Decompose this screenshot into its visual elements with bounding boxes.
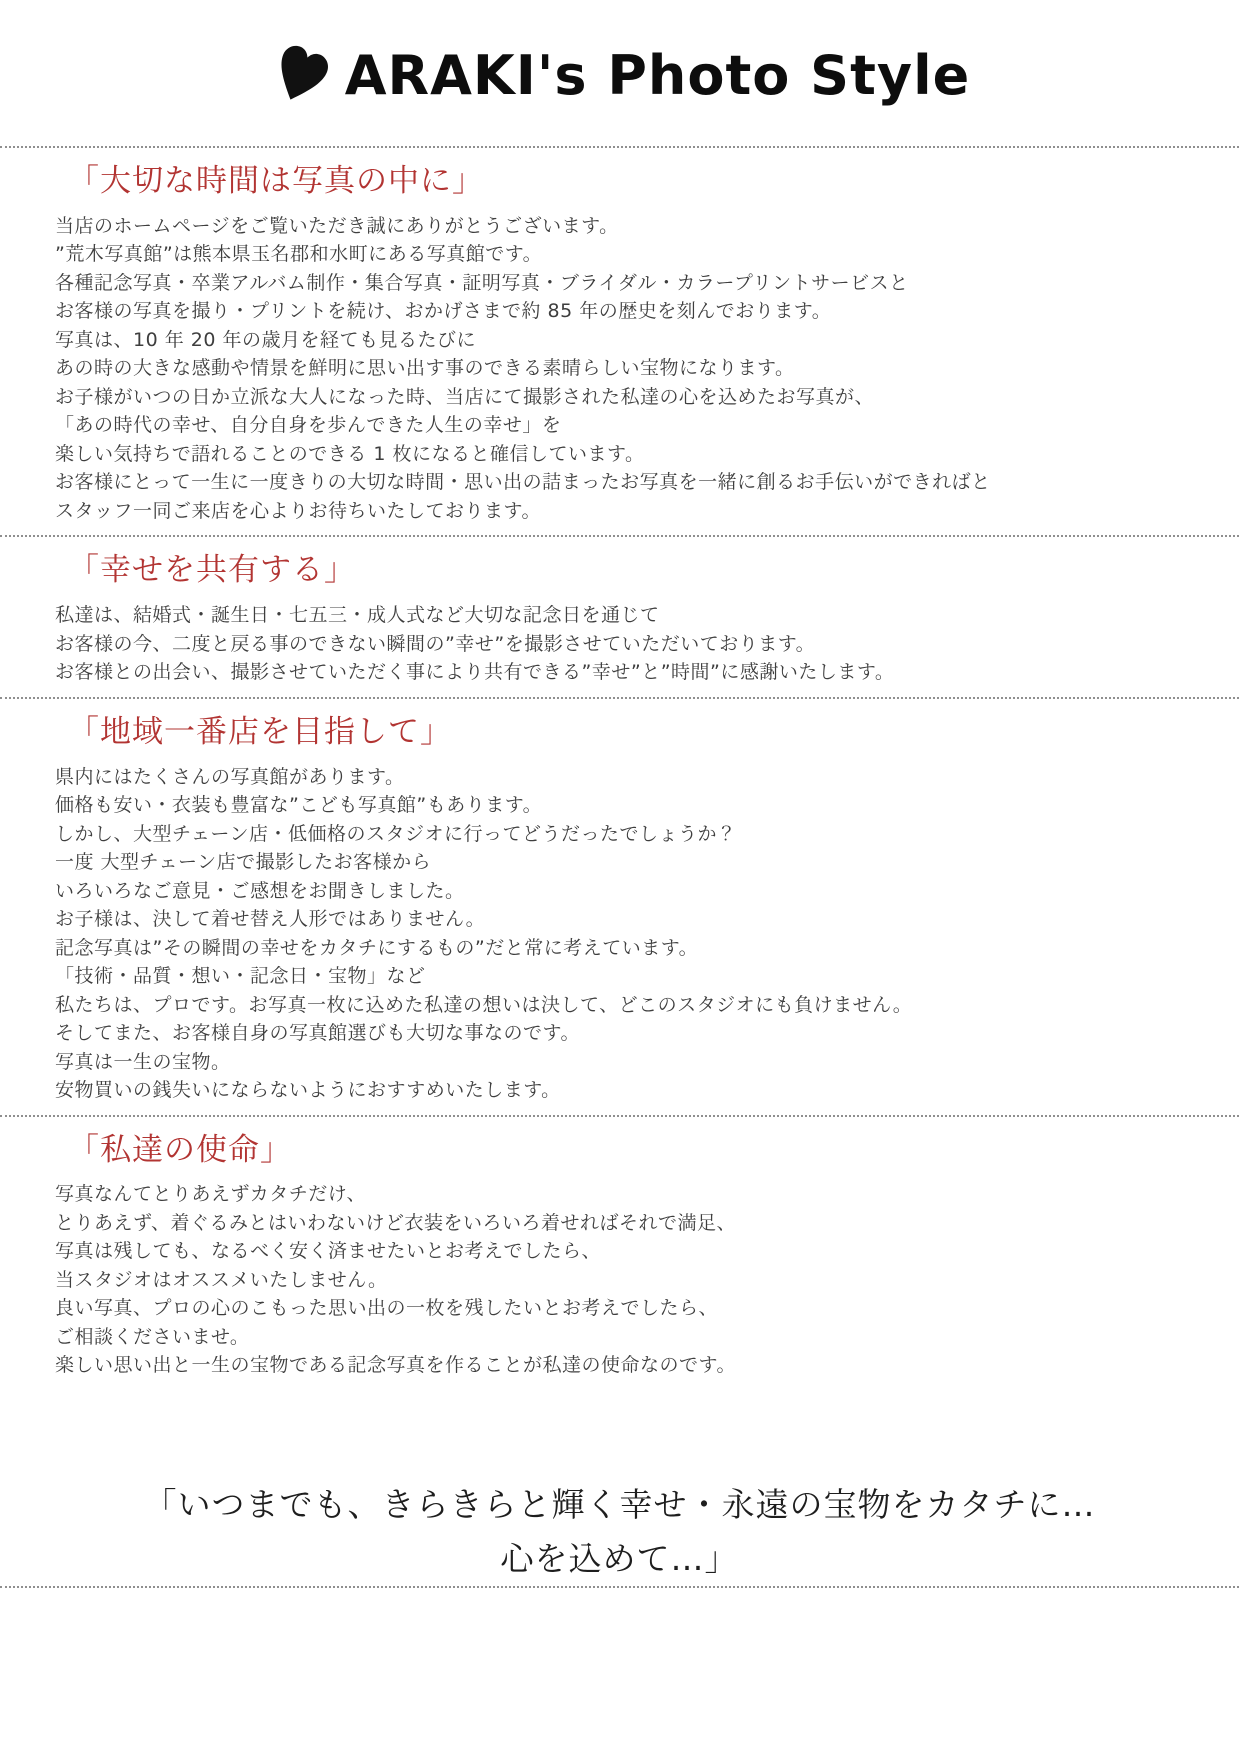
body-line: ”荒木写真館”は熊本県玉名郡和水町にある写真館です。 — [55, 240, 1209, 269]
body-line: お子様がいつの日か立派な大人になった時、当店にて撮影された私達の心を込めたお写真… — [55, 383, 1209, 412]
body-line: 写真は、10 年 20 年の歳月を経ても見るたびに — [55, 326, 1209, 355]
section-best-local-studio: 「地域一番店を目指して」 県内にはたくさんの写真館があります。価格も安い・衣装も… — [0, 699, 1239, 1115]
section-body: 県内にはたくさんの写真館があります。価格も安い・衣装も豊富な”こども写真館”もあ… — [55, 763, 1209, 1105]
section-share-happiness: 「幸せを共有する」 私達は、結婚式・誕生日・七五三・成人式など大切な記念日を通じ… — [0, 537, 1239, 696]
body-line: 写真は一生の宝物。 — [55, 1048, 1209, 1077]
page-title: ARAKI's Photo Style — [345, 46, 970, 105]
section-precious-time: 「大切な時間は写真の中に」 当店のホームページをご覧いただき誠にありがとうござい… — [0, 148, 1239, 535]
section-heading: 「大切な時間は写真の中に」 — [68, 161, 1209, 203]
body-line: 各種記念写真・卒業アルバム制作・集合写真・証明写真・ブライダル・カラープリントサ… — [55, 269, 1209, 298]
body-line: 楽しい思い出と一生の宝物である記念写真を作ることが私達の使命なのです。 — [55, 1351, 1209, 1380]
body-line: 当店のホームページをご覧いただき誠にありがとうございます。 — [55, 212, 1209, 241]
body-line: お客様にとって一生に一度きりの大切な時間・思い出の詰まったお写真を一緒に創るお手… — [55, 468, 1209, 497]
body-line: 「技術・品質・想い・記念日・宝物」など — [55, 962, 1209, 991]
body-line: お客様との出会い、撮影させていただく事により共有できる”幸せ”と”時間”に感謝い… — [55, 658, 1209, 687]
body-line: いろいろなご意見・ご感想をお聞きしました。 — [55, 877, 1209, 906]
closing-message: 「いつまでも、きらきらと輝く幸せ・永遠の宝物をカタチに… 心を込めて…」 — [0, 1478, 1239, 1586]
closing-line-2: 心を込めて…」 — [0, 1532, 1239, 1586]
body-line: 一度 大型チェーン店で撮影したお客様から — [55, 848, 1209, 877]
section-heading: 「私達の使命」 — [68, 1130, 1209, 1172]
body-line: 記念写真は”その瞬間の幸せをカタチにするもの”だと常に考えています。 — [55, 934, 1209, 963]
section-body: 写真なんてとりあえずカタチだけ、とりあえず、着ぐるみとはいわないけど衣装をいろい… — [55, 1180, 1209, 1380]
section-body: 私達は、結婚式・誕生日・七五三・成人式など大切な記念日を通じてお客様の今、二度と… — [55, 601, 1209, 687]
body-line: 県内にはたくさんの写真館があります。 — [55, 763, 1209, 792]
body-line: とりあえず、着ぐるみとはいわないけど衣装をいろいろ着せればそれで満足、 — [55, 1209, 1209, 1238]
body-line: ご相談くださいませ。 — [55, 1323, 1209, 1352]
body-line: 楽しい気持ちで語れることのできる 1 枚になると確信しています。 — [55, 440, 1209, 469]
page: ARAKI's Photo Style 「大切な時間は写真の中に」 当店のホーム… — [0, 0, 1239, 1754]
body-line: そしてまた、お客様自身の写真館選びも大切な事なのです。 — [55, 1019, 1209, 1048]
body-line: お子様は、決して着せ替え人形ではありません。 — [55, 905, 1209, 934]
body-line: しかし、大型チェーン店・低価格のスタジオに行ってどうだったでしょうか？ — [55, 820, 1209, 849]
body-line: 写真は残しても、なるべく安く済ませたいとお考えでしたら、 — [55, 1237, 1209, 1266]
body-line: 当スタジオはオススメいたしません。 — [55, 1266, 1209, 1295]
heart-icon — [269, 38, 331, 114]
body-line: 「あの時代の幸せ、自分自身を歩んできた人生の幸せ」を — [55, 411, 1209, 440]
body-line: お客様の写真を撮り・プリントを続け、おかげさまで約 85 年の歴史を刻んでおりま… — [55, 297, 1209, 326]
body-line: スタッフ一同ご来店を心よりお待ちいたしております。 — [55, 497, 1209, 526]
section-heading: 「幸せを共有する」 — [68, 550, 1209, 592]
body-line: 私たちは、プロです。お写真一枚に込めた私達の想いは決して、どこのスタジオにも負け… — [55, 991, 1209, 1020]
section-heading: 「地域一番店を目指して」 — [68, 712, 1209, 754]
page-header: ARAKI's Photo Style — [0, 0, 1239, 114]
body-line: 私達は、結婚式・誕生日・七五三・成人式など大切な記念日を通じて — [55, 601, 1209, 630]
body-line: 良い写真、プロの心のこもった思い出の一枚を残したいとお考えでしたら、 — [55, 1294, 1209, 1323]
section-our-mission: 「私達の使命」 写真なんてとりあえずカタチだけ、とりあえず、着ぐるみとはいわない… — [0, 1117, 1239, 1390]
body-line: 写真なんてとりあえずカタチだけ、 — [55, 1180, 1209, 1209]
body-line: お客様の今、二度と戻る事のできない瞬間の”幸せ”を撮影させていただいております。 — [55, 630, 1209, 659]
section-body: 当店のホームページをご覧いただき誠にありがとうございます。”荒木写真館”は熊本県… — [55, 212, 1209, 526]
closing-line-1: 「いつまでも、きらきらと輝く幸せ・永遠の宝物をカタチに… — [0, 1478, 1239, 1532]
divider-bottom — [0, 1586, 1239, 1588]
body-line: あの時の大きな感動や情景を鮮明に思い出す事のできる素晴らしい宝物になります。 — [55, 354, 1209, 383]
body-line: 安物買いの銭失いにならないようにおすすめいたします。 — [55, 1076, 1209, 1105]
body-line: 価格も安い・衣装も豊富な”こども写真館”もあります。 — [55, 791, 1209, 820]
